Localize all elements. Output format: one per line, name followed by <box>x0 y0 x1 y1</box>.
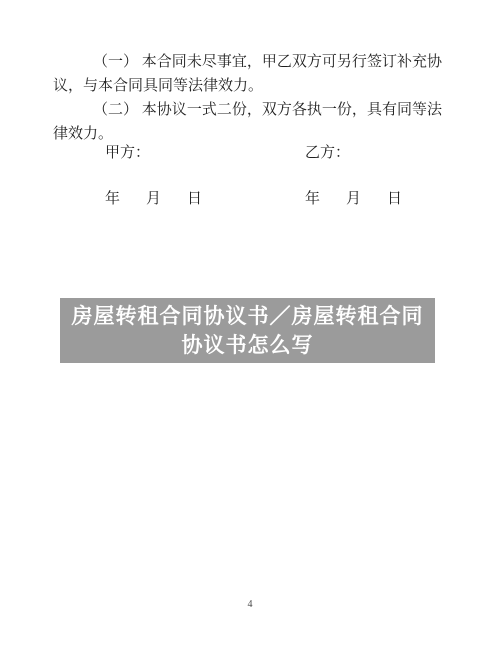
banner-title-line-2: 协议书怎么写 <box>182 331 314 360</box>
party-b-date: 年 月 日 <box>305 191 402 207</box>
year-label: 年 <box>105 191 120 207</box>
contract-clause-2: （二） 本协议一式二份，双方各执一份，具有同等法律效力。 <box>53 98 442 146</box>
contract-clause-1: （一） 本合同未尽事宜，甲乙双方可另行签订补充协议，与本合同具同等法律效力。 <box>53 50 442 98</box>
page-number: 4 <box>0 599 500 611</box>
title-banner: 房屋转租合同协议书／房屋转租合同 协议书怎么写 <box>60 298 435 363</box>
day-label: 日 <box>187 191 202 207</box>
month-label: 月 <box>346 191 361 207</box>
month-label: 月 <box>146 191 161 207</box>
party-a-label: 甲方： <box>105 145 150 161</box>
document-page: （一） 本合同未尽事宜，甲乙双方可另行签订补充协议，与本合同具同等法律效力。 （… <box>0 0 500 666</box>
day-label: 日 <box>387 191 402 207</box>
party-a-date: 年 月 日 <box>105 191 202 207</box>
party-b-label: 乙方： <box>305 145 350 161</box>
year-label: 年 <box>305 191 320 207</box>
banner-title-line-1: 房屋转租合同协议书／房屋转租合同 <box>72 302 424 331</box>
contract-clauses: （一） 本合同未尽事宜，甲乙双方可另行签订补充协议，与本合同具同等法律效力。 （… <box>53 50 442 146</box>
